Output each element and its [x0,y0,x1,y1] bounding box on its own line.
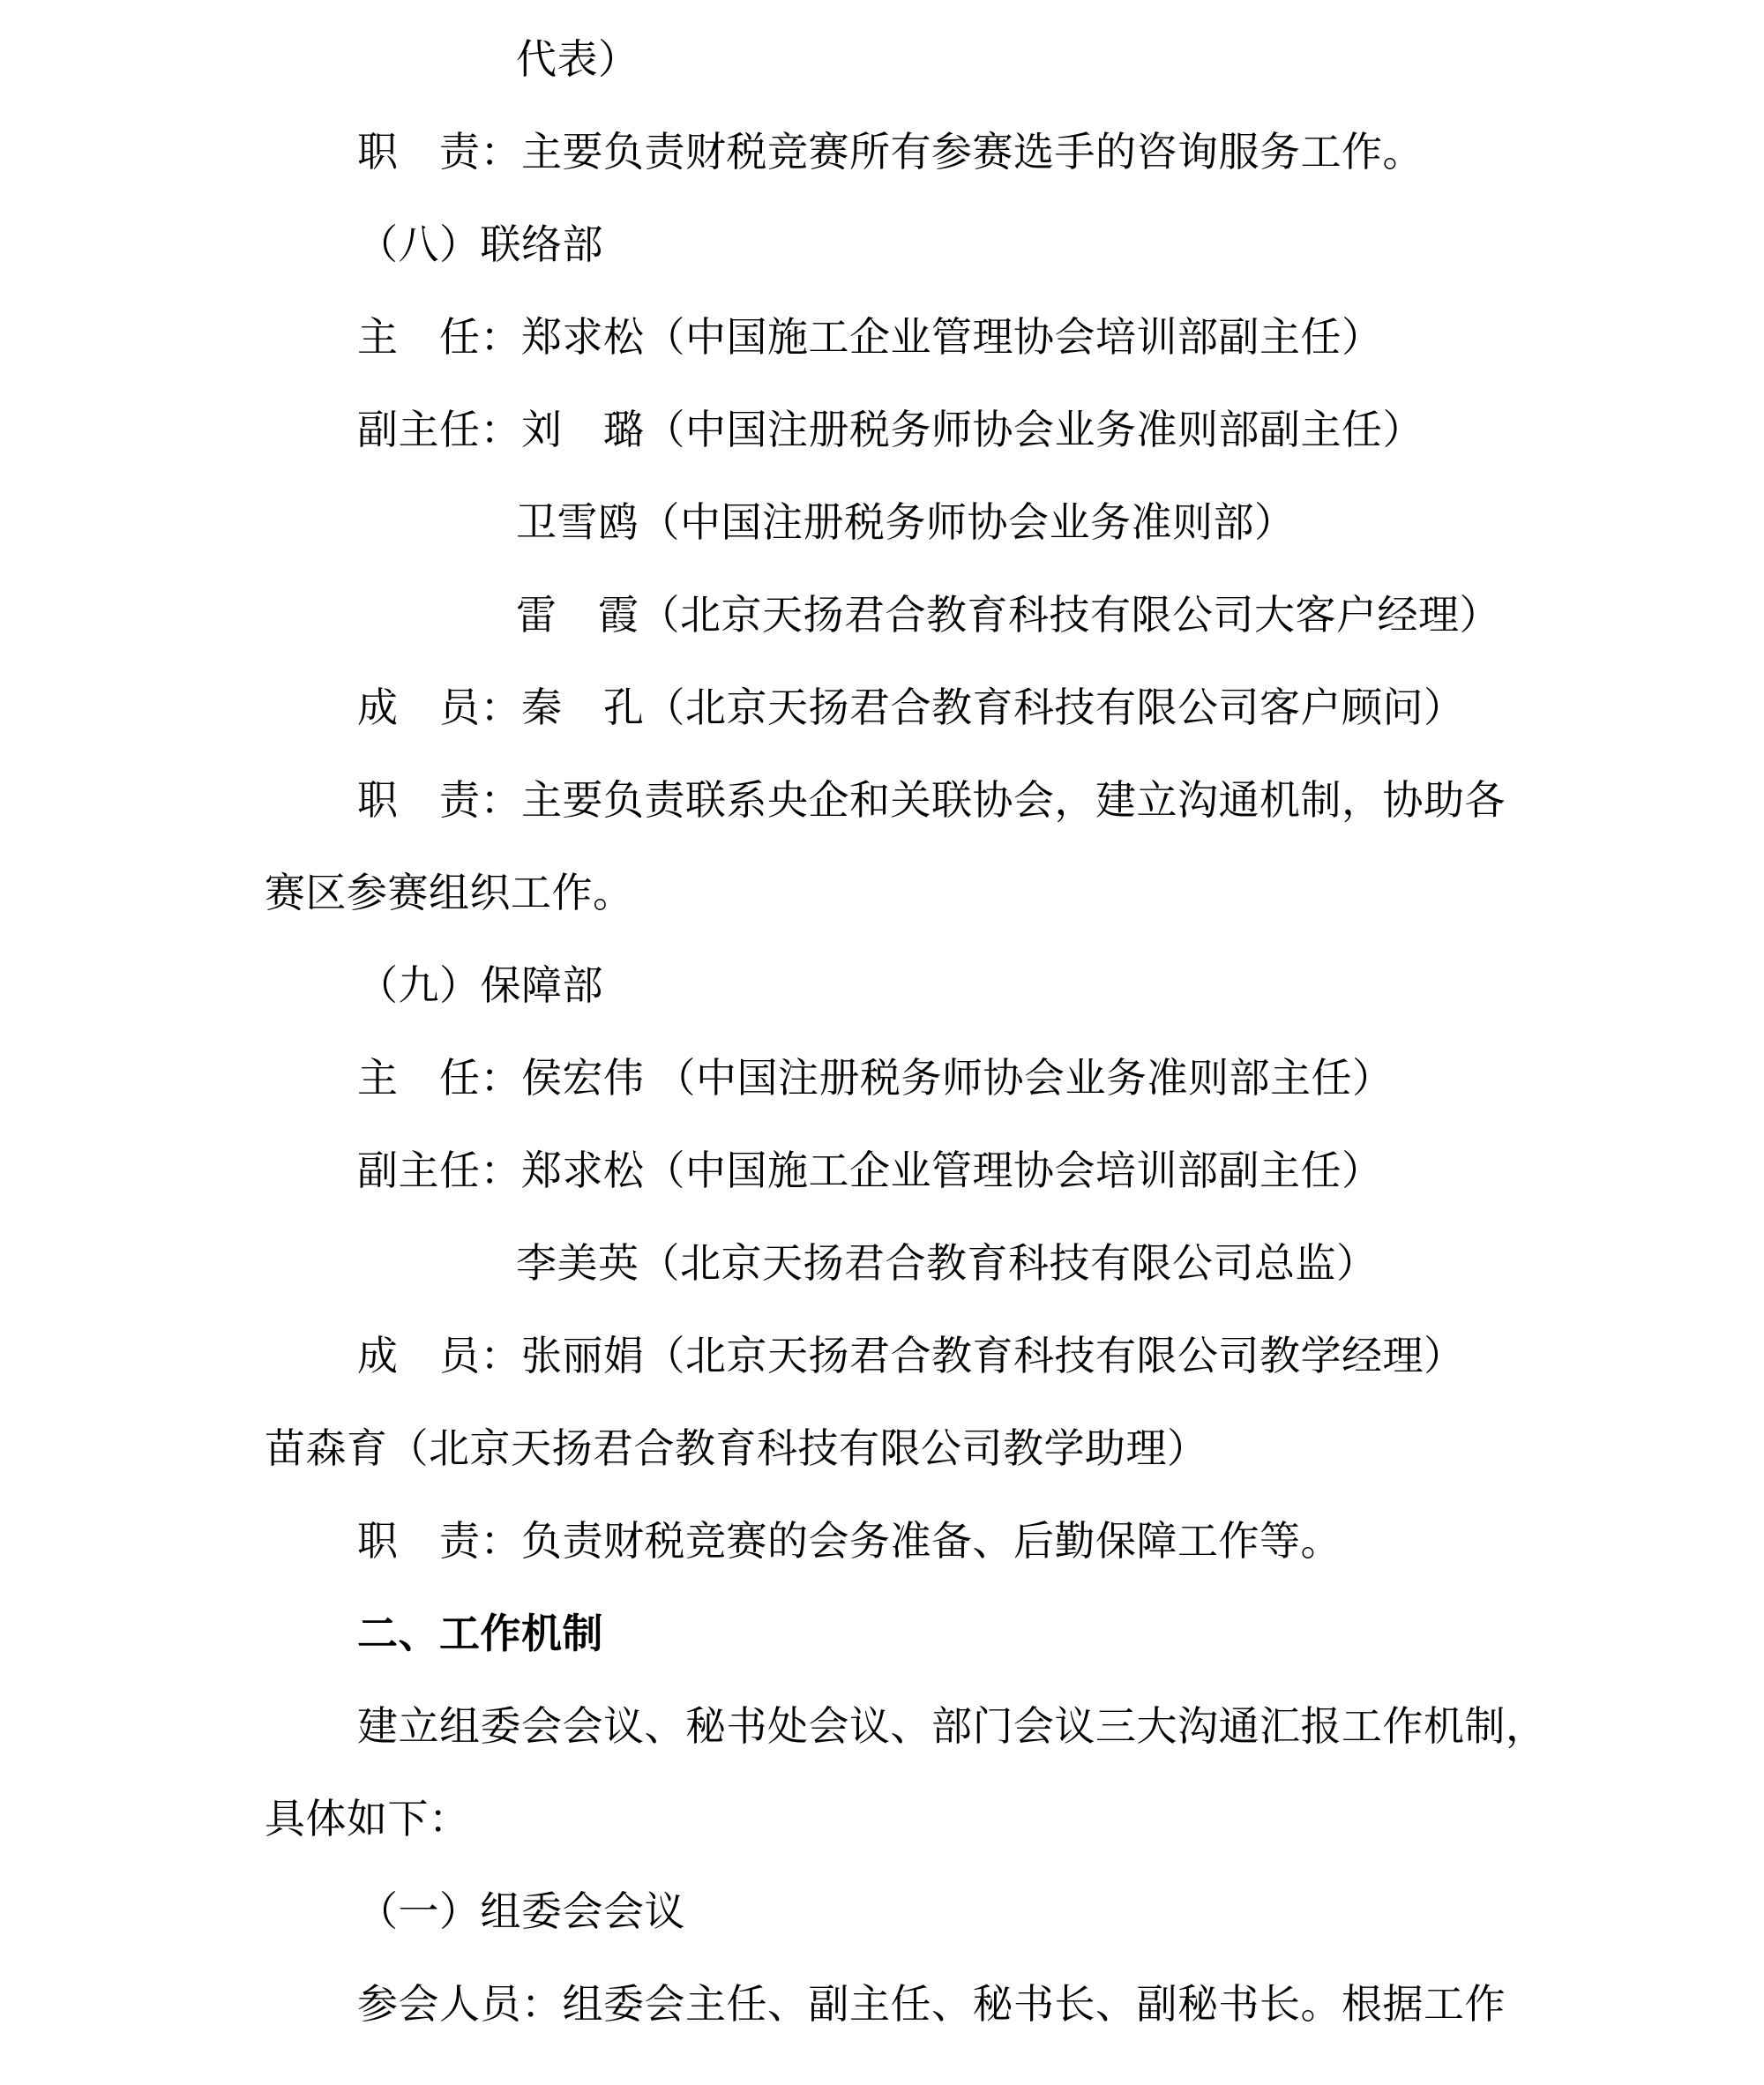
text-line: 成 员：秦 孔（北京天扬君合教育科技有限公司客户顾问） [265,661,1517,754]
text-line: 赛区参赛组织工作。 [265,847,1517,939]
text-line: 职 责：负责财税竞赛的会务准备、后勤保障工作等。 [265,1495,1517,1588]
text-line: （八）联络部 [265,198,1517,291]
text-line: 李美英（北京天扬君合教育科技有限公司总监） [265,1217,1517,1310]
text-line: 职 责：主要负责联系央企和关联协会，建立沟通机制，协助各 [265,754,1517,847]
document-body: 代表）职 责：主要负责财税竞赛所有参赛选手的咨询服务工作。（八）联络部主 任：郑… [265,13,1517,2051]
text-line: 副主任：刘 璐（中国注册税务师协会业务准则部副主任） [265,384,1517,476]
text-line: 具体如下： [265,1773,1517,1865]
text-line: 主 任：郑求松（中国施工企业管理协会培训部副主任） [265,291,1517,384]
text-line: 苗森育（北京天扬君合教育科技有限公司教学助理） [265,1402,1517,1495]
text-line: （九）保障部 [265,939,1517,1032]
document-page: 代表）职 责：主要负责财税竞赛所有参赛选手的咨询服务工作。（八）联络部主 任：郑… [0,0,1764,2085]
text-line: 参会人员：组委会主任、副主任、秘书长、副秘书长。根据工作 [265,1958,1517,2051]
text-line: 主 任：侯宏伟 （中国注册税务师协会业务准则部主任） [265,1032,1517,1125]
text-line: 代表） [265,13,1517,106]
text-line: 副主任：郑求松（中国施工企业管理协会培训部副主任） [265,1125,1517,1217]
text-line: 成 员：张丽娟（北京天扬君合教育科技有限公司教学经理） [265,1310,1517,1402]
text-line: （一）组委会会议 [265,1865,1517,1958]
text-line: 卫雪鸥（中国注册税务师协会业务准则部） [265,476,1517,569]
text-line: 职 责：主要负责财税竞赛所有参赛选手的咨询服务工作。 [265,106,1517,198]
text-line: 建立组委会会议、秘书处会议、部门会议三大沟通汇报工作机制， [265,1680,1517,1773]
text-line: 二、工作机制 [265,1588,1517,1680]
text-line: 雷 霞（北京天扬君合教育科技有限公司大客户经理） [265,569,1517,661]
